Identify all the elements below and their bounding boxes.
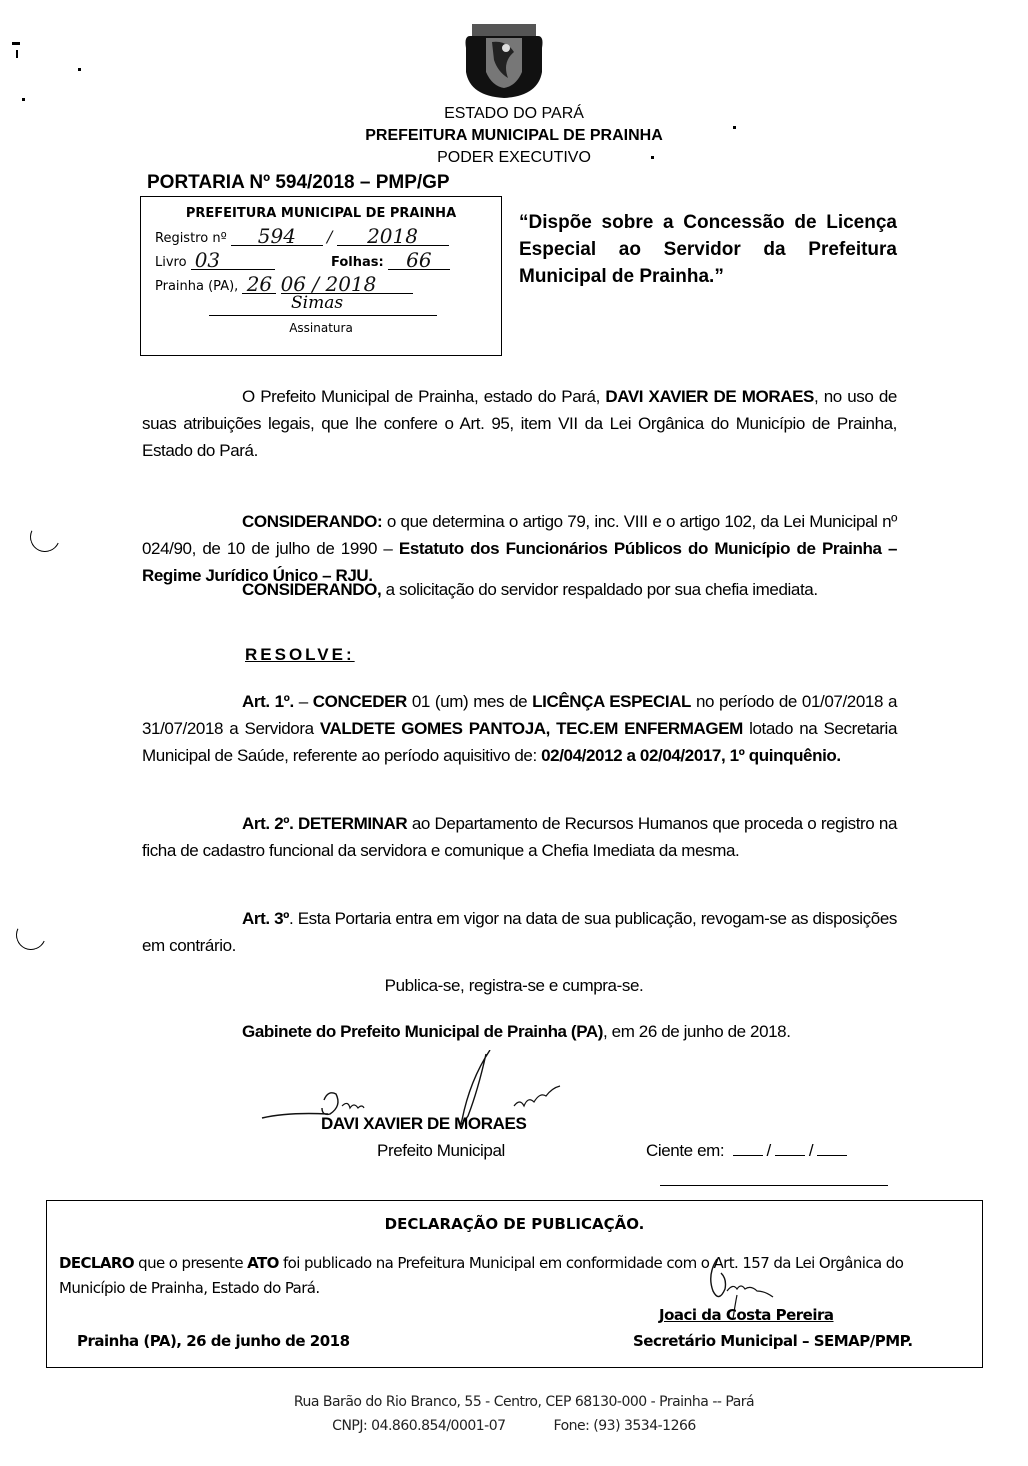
stamp-title: PREFEITURA MUNICIPAL DE PRAINHA xyxy=(141,206,501,221)
footer-phone: Fone: (93) 3534-1266 xyxy=(554,1418,696,1434)
considerando-2: CONSIDERANDO, a solicitação do servidor … xyxy=(142,576,897,603)
declaration-date: Prainha (PA), 26 de junho de 2018 xyxy=(77,1332,350,1350)
preamble-text: O Prefeito Municipal de Prainha, estado … xyxy=(242,387,605,406)
registro-number: 594 xyxy=(231,227,323,246)
publication-declaration: DECLARAÇÃO DE PUBLICAÇÃO. DECLARO que o … xyxy=(46,1200,983,1368)
livro-value: 03 xyxy=(191,251,275,270)
date-day: 26 xyxy=(242,275,276,294)
considerando-label: CONSIDERANDO: xyxy=(242,512,382,531)
publication-formula: Publica-se, registra-se e cumpra-se. xyxy=(0,976,1028,996)
footer-cnpj: CNPJ: 04.860.854/0001-07 xyxy=(332,1418,505,1434)
stamp-date-row: Prainha (PA), 26 06 / 2018 xyxy=(155,275,413,294)
registry-stamp: PREFEITURA MUNICIPAL DE PRAINHA Registro… xyxy=(140,196,502,356)
considerando-text: a solicitação do servidor respaldado por… xyxy=(381,580,817,599)
header-state: ESTADO DO PARÁ xyxy=(0,105,1028,123)
article-verb: CONCEDER xyxy=(313,692,407,711)
secretary-role: Secretário Municipal – SEMAP/PMP. xyxy=(633,1332,913,1350)
footer-contact: CNPJ: 04.860.854/0001-07Fone: (93) 3534-… xyxy=(0,1418,1028,1434)
punch-hole-mark xyxy=(12,916,50,954)
ciente-label: Ciente em: xyxy=(646,1141,724,1160)
mayor-role: Prefeito Municipal xyxy=(377,1141,505,1161)
secretary-name-text: Joaci da Costa Pereira xyxy=(659,1306,834,1324)
ciente-signature-line xyxy=(660,1185,888,1186)
scan-speck xyxy=(22,98,25,101)
article-label: Art. 2º. xyxy=(242,814,293,833)
registro-sep: / xyxy=(327,227,332,246)
stamp-signature: Simas xyxy=(291,293,343,313)
article-text: – xyxy=(294,692,313,711)
secretary-name: Joaci da Costa Pereira xyxy=(659,1306,834,1324)
gabinete-line: Gabinete do Prefeito Municipal de Prainh… xyxy=(142,1018,897,1045)
article-3: Art. 3º. Esta Portaria entra em vigor na… xyxy=(142,905,897,959)
crest-icon xyxy=(462,22,546,100)
article-2: Art. 2º. DETERMINAR ao Departamento de R… xyxy=(142,810,897,864)
article-label: Art. 3º xyxy=(242,909,289,928)
document-page: ESTADO DO PARÁ PREFEITURA MUNICIPAL DE P… xyxy=(0,0,1028,1466)
registro-year: 2018 xyxy=(337,227,449,246)
declaration-title: DECLARAÇÃO DE PUBLICAÇÃO. xyxy=(47,1215,982,1233)
assinatura-label: Assinatura xyxy=(141,321,501,335)
header-prefeitura: PREFEITURA MUNICIPAL DE PRAINHA xyxy=(0,127,1028,145)
livro-label: Livro xyxy=(155,255,187,270)
gabinete-label: Gabinete do Prefeito Municipal de Prainh… xyxy=(242,1022,603,1041)
mayor-name-signature: DAVI XAVIER DE MORAES xyxy=(321,1114,526,1134)
stamp-signature-line xyxy=(209,315,437,316)
declaration-text: DECLARO que o presente ATO foi publicado… xyxy=(59,1251,969,1301)
folhas-value: 66 xyxy=(388,251,450,270)
folhas-label: Folhas: xyxy=(331,255,384,270)
declaration-text-part: que o presente xyxy=(134,1254,247,1272)
scan-speck xyxy=(16,50,18,58)
ciente-month-blank xyxy=(775,1141,805,1156)
ementa: “Dispõe sobre a Concessão de Licença Esp… xyxy=(519,209,897,290)
ciente-field: Ciente em: // xyxy=(646,1141,851,1161)
acquisition-period: 02/04/2012 a 02/04/2017, 1º quinquênio. xyxy=(541,746,841,765)
gabinete-date: , em 26 de junho de 2018. xyxy=(603,1022,791,1041)
article-1: Art. 1º. – CONCEDER 01 (um) mes de LICÊN… xyxy=(142,688,897,769)
employee-name: VALDETE GOMES PANTOJA, TEC.EM ENFERMAGEM xyxy=(320,719,743,738)
article-label: Art. 1º. xyxy=(242,692,294,711)
article-verb: DETERMINAR xyxy=(293,814,407,833)
footer-address: Rua Barão do Rio Branco, 55 - Centro, CE… xyxy=(10,1394,1028,1410)
punch-hole-mark xyxy=(26,518,64,556)
date-month-year: 06 / 2018 xyxy=(281,275,413,294)
declaro-label: DECLARO xyxy=(59,1254,134,1272)
ciente-year-blank xyxy=(817,1141,847,1156)
registro-label: Registro nº xyxy=(155,231,227,246)
ato-label: ATO xyxy=(247,1254,279,1272)
stamp-livro-row: Livro 03 Folhas: 66 xyxy=(155,251,450,270)
considerando-label: CONSIDERANDO, xyxy=(242,580,381,599)
mayor-name: DAVI XAVIER DE MORAES xyxy=(605,387,814,406)
ciente-day-blank xyxy=(733,1141,763,1156)
stamp-registro-row: Registro nº 594 / 2018 xyxy=(155,227,449,246)
license-type: LICÊNÇA ESPECIAL xyxy=(532,692,691,711)
header-poder: PODER EXECUTIVO xyxy=(0,149,1028,167)
scan-speck xyxy=(78,68,81,71)
article-text: 01 (um) mes de xyxy=(407,692,532,711)
portaria-title: PORTARIA Nº 594/2018 – PMP/GP xyxy=(147,172,450,194)
preamble-paragraph: O Prefeito Municipal de Prainha, estado … xyxy=(142,383,897,464)
resolve-heading: RESOLVE: xyxy=(245,645,355,665)
local-label: Prainha (PA), xyxy=(155,279,238,294)
scan-speck xyxy=(12,42,20,45)
